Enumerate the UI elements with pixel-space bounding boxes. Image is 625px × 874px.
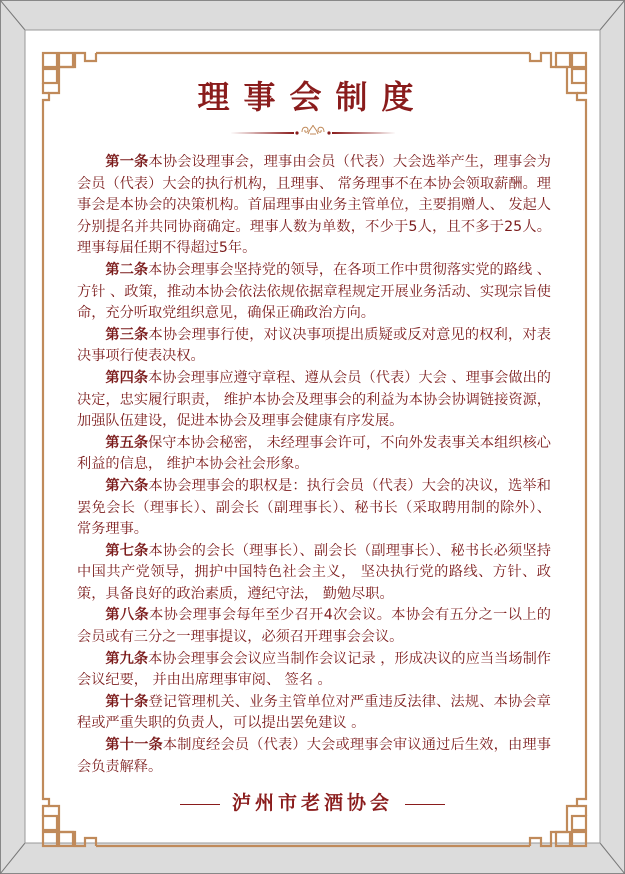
article-text: 本协会理事行使，对议决事项提出质疑或反对意见的权利，对表决事项行使表决权。 [77, 327, 551, 365]
article-text: 保守本协会秘密， 未经理事会许可，不向外发表事关本组织核心利益的信息， 维护本协… [77, 435, 551, 473]
article-10: 第十条登记管理机关、业务主管单位对严重违反法律、法规、本协会章程或严重失职的负责… [77, 692, 551, 735]
article-number: 第八条 [105, 607, 149, 623]
article-number: 第十一条 [105, 737, 163, 753]
article-text: 本协会设理事会，理事由会员（代表）大会选举产生，理事会为会员（代表）大会的执行机… [77, 154, 551, 256]
title-divider-ornament [228, 122, 398, 138]
article-text: 本协会理事会会议应当制作会议记录 ，形成决议的应当当场制作会议纪要， 并由出席理… [77, 651, 551, 689]
article-4: 第四条本协会理事应遵守章程、遵从会员（代表）大会 、理事会做出的决定，忠实履行职… [77, 368, 551, 433]
article-number: 第九条 [105, 651, 148, 667]
issuer-signature: 泸州市老酒协会 [0, 788, 625, 815]
article-3: 第三条本协会理事行使，对议决事项提出质疑或反对意见的权利，对表决事项行使表决权。 [77, 325, 551, 368]
article-number: 第七条 [105, 543, 148, 559]
page-title: 理事会制度 [0, 72, 625, 118]
article-text: 本协会理事会坚持党的领导，在各项工作中贯彻落实党的路线 、方针 、政策，推动本协… [77, 262, 551, 321]
article-2: 第二条本协会理事会坚持党的领导，在各项工作中贯彻落实党的路线 、方针 、政策，推… [77, 260, 551, 325]
article-number: 第四条 [105, 370, 148, 386]
article-text: 登记管理机关、业务主管单位对严重违反法律、法规、本协会章程或严重失职的负责人，可… [77, 694, 551, 732]
article-9: 第九条本协会理事会会议应当制作会议记录 ，形成决议的应当当场制作会议纪要， 并由… [77, 649, 551, 692]
article-number: 第二条 [105, 262, 148, 278]
article-number: 第十条 [105, 694, 148, 710]
article-number: 第三条 [105, 327, 148, 343]
article-text: 本协会理事应遵守章程、遵从会员（代表）大会 、理事会做出的决定，忠实履行职责， … [77, 370, 551, 429]
article-text: 本协会理事会的职权是：执行会员（代表）大会的决议，选举和罢免会长（理事长）、副会… [77, 478, 551, 537]
article-6: 第六条本协会理事会的职权是：执行会员（代表）大会的决议，选举和罢免会长（理事长）… [77, 476, 551, 541]
article-number: 第六条 [105, 478, 148, 494]
article-1: 第一条本协会设理事会，理事由会员（代表）大会选举产生，理事会为会员（代表）大会的… [77, 152, 551, 260]
right-dash-divider [405, 804, 445, 805]
article-text: 本协会理事会每年至少召开4次会议。本协会有五分之一以上的会员或有三分之一理事提议… [77, 607, 551, 645]
left-dash-divider [180, 804, 220, 805]
article-11: 第十一条本制度经会员（代表）大会或理事会审议通过后生效，由理事会负责解释。 [77, 735, 551, 778]
regulation-body: 第一条本协会设理事会，理事由会员（代表）大会选举产生，理事会为会员（代表）大会的… [77, 152, 551, 778]
issuer-name: 泸州市老酒协会 [232, 792, 393, 814]
article-number: 第五条 [105, 435, 148, 451]
article-7: 第七条本协会的会长（理事长）、副会长（副理事长）、秘书长必须坚持中国共产党领导，… [77, 541, 551, 606]
article-8: 第八条本协会理事会每年至少召开4次会议。本协会有五分之一以上的会员或有三分之一理… [77, 605, 551, 648]
article-5: 第五条保守本协会秘密， 未经理事会许可，不向外发表事关本组织核心利益的信息， 维… [77, 433, 551, 476]
article-number: 第一条 [105, 154, 148, 170]
article-text: 本协会的会长（理事长）、副会长（副理事长）、秘书长必须坚持中国共产党领导，拥护中… [77, 543, 551, 602]
